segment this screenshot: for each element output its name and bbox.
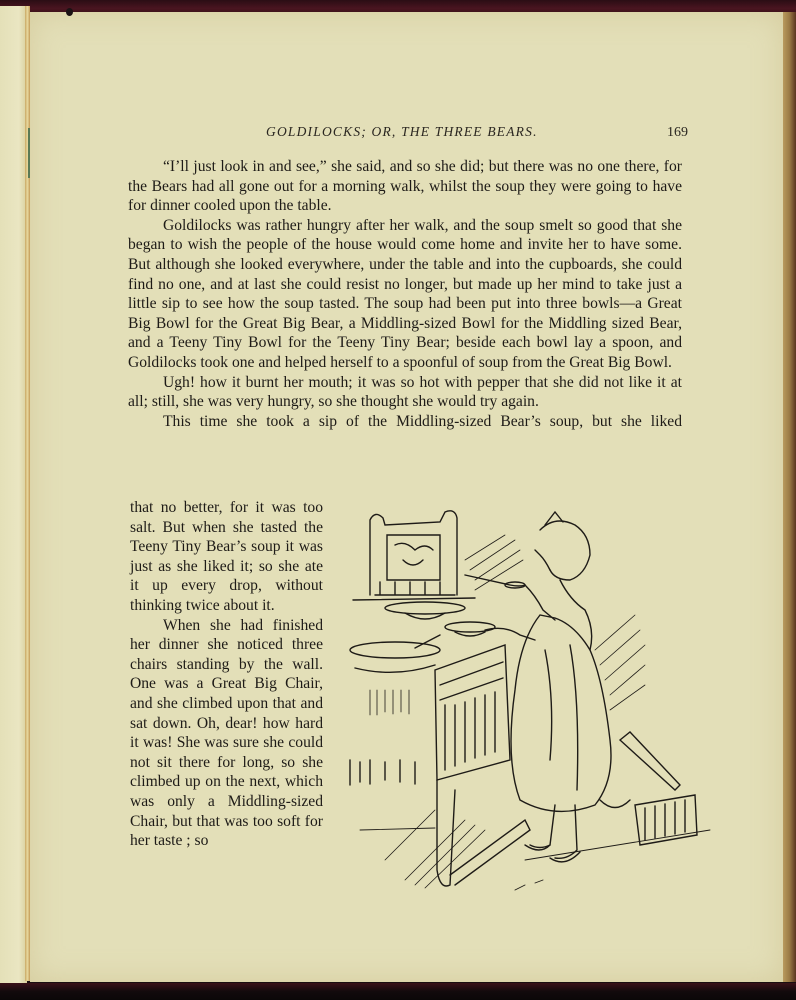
body-text-full-width: “I’ll just look in and see,” she said, a…: [128, 157, 682, 431]
running-title: GOLDILOCKS; OR, THE THREE BEARS.: [266, 124, 538, 140]
paragraph: Ugh! how it burnt her mouth; it was so h…: [128, 373, 682, 412]
goldilocks-illustration: [345, 500, 715, 895]
body-text-narrow-column: that no better, for it was too salt. But…: [130, 498, 323, 851]
page-hole-mark: [66, 8, 73, 16]
soup-bowls-drawing: [350, 602, 495, 672]
previous-page-edge: [0, 6, 27, 984]
stool-drawing: [600, 732, 697, 845]
chair-back-drawing: [353, 511, 475, 600]
page-fore-edge: [783, 12, 796, 982]
paragraph: “I’ll just look in and see,” she said, a…: [128, 157, 682, 216]
paragraph: When she had finished her dinner she not…: [130, 616, 323, 851]
paragraph: This time she took a sip of the Middling…: [128, 412, 682, 432]
page-number: 169: [667, 125, 688, 141]
girl-figure-drawing: [465, 512, 611, 862]
running-head: GOLDILOCKS; OR, THE THREE BEARS. 169: [266, 124, 688, 144]
book-cover-bottom: [0, 983, 796, 1000]
chair-frame-drawing: [350, 645, 530, 886]
paragraph: Goldilocks was rather hungry after her w…: [128, 216, 682, 373]
paragraph: that no better, for it was too salt. But…: [130, 498, 323, 616]
